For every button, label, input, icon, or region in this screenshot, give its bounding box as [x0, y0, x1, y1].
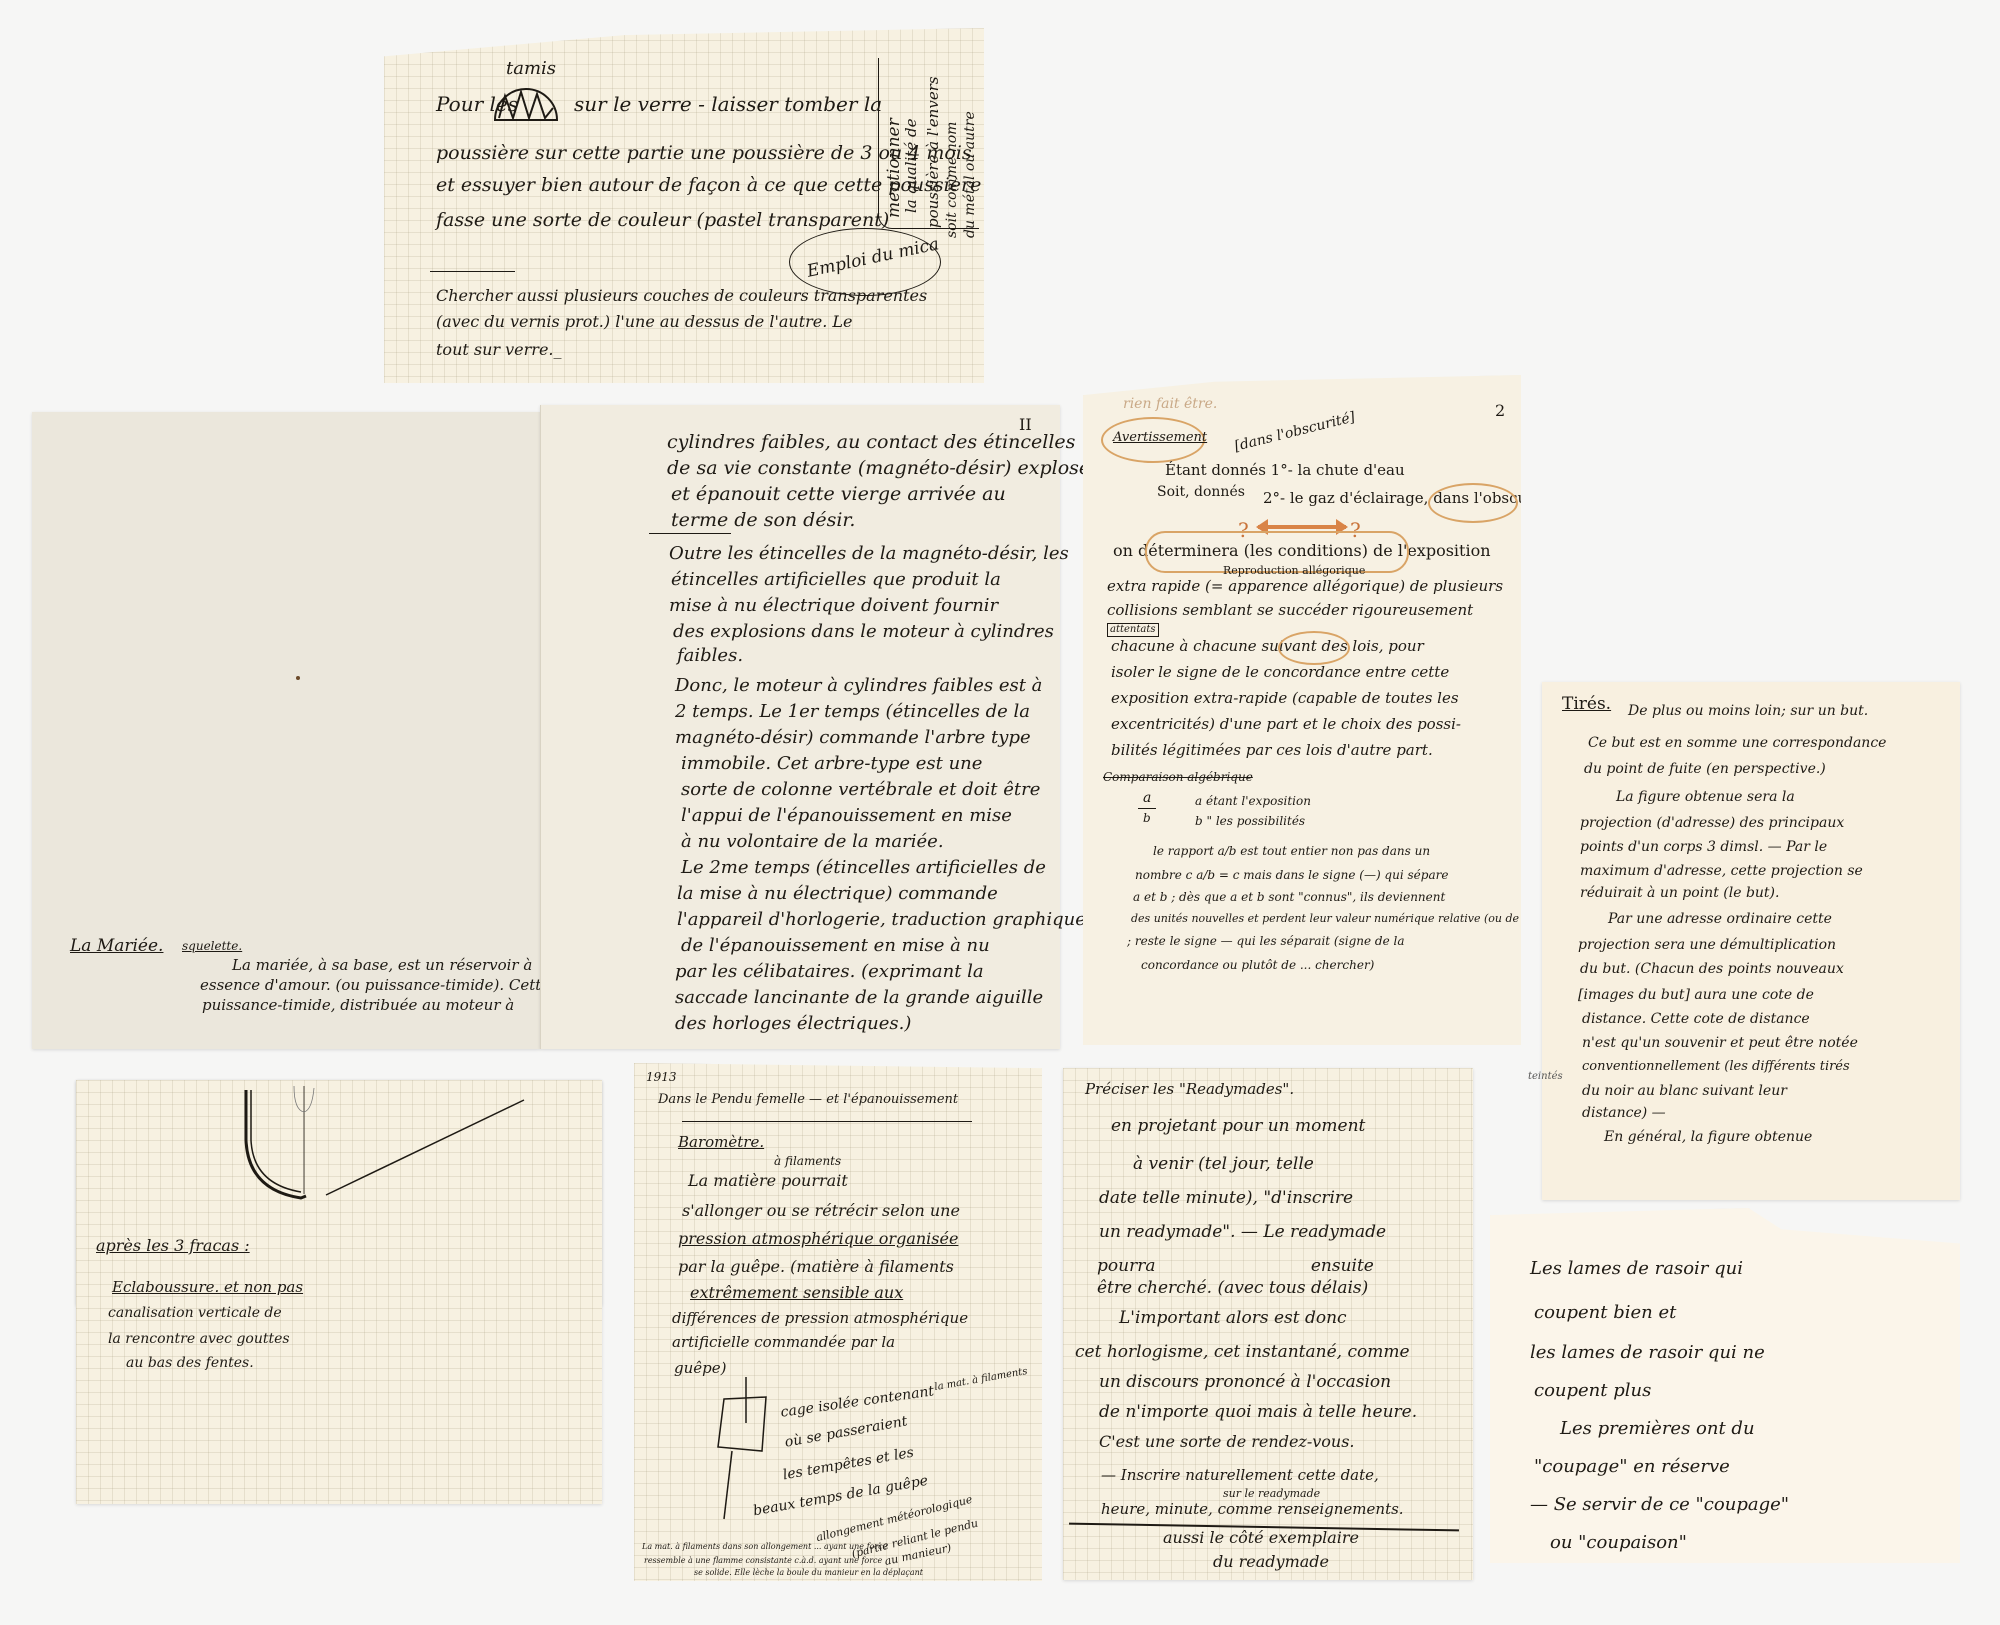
note-text: des unités nouvelles et perdent leur val…	[1131, 913, 1559, 924]
note-text: par les célibataires. (exprimant la	[675, 963, 984, 981]
note-text: collisions semblant se succéder rigoureu…	[1107, 603, 1473, 618]
note-text: ressemble à une flamme consistante c.à.d…	[644, 1557, 882, 1565]
note-text: b " les possibilités	[1195, 815, 1305, 827]
note-text: maximum d'adresse, cette projection se	[1580, 864, 1863, 878]
note-text: de n'importe quoi mais à telle heure.	[1099, 1404, 1417, 1421]
note-text: La mat. à filaments dans son allongement…	[642, 1543, 887, 1551]
note-text: distance. Cette cote de distance	[1582, 1012, 1810, 1026]
note-text: l'appareil d'horlogerie, traduction grap…	[677, 911, 1086, 929]
note-text: coupent plus	[1534, 1382, 1651, 1400]
note-text: canalisation verticale de	[108, 1306, 282, 1320]
note-text: immobile. Cet arbre-type est une	[681, 755, 982, 773]
note-margin: teintés	[1528, 1072, 1563, 1082]
note-text: des explosions dans le moteur à cylindre…	[673, 623, 1054, 641]
pipe-sketch-icon	[216, 1080, 596, 1210]
note-text: en projetant pour un moment	[1111, 1118, 1365, 1135]
note-text: [dans l'obscurité]	[1233, 410, 1356, 454]
note-text: La matière pourrait	[688, 1173, 848, 1189]
stain-dot	[296, 676, 300, 680]
circle-mark	[1278, 631, 1350, 665]
note-text: concordance ou plutôt de ... chercher)	[1141, 959, 1374, 971]
note-title: Tirés.	[1562, 696, 1611, 713]
note-text: pression atmosphérique organisée	[678, 1231, 958, 1247]
note-text: se solide. Elle lèche la boule du manieu…	[694, 1569, 923, 1577]
note-text: de l'épanouissement en mise à nu	[681, 937, 990, 955]
note-text: des horloges électriques.)	[675, 1015, 911, 1033]
divider	[649, 533, 731, 534]
note-text: tout sur verre._	[436, 342, 562, 358]
note-text: à filaments	[774, 1155, 841, 1167]
note-text: terme de son désir.	[671, 511, 855, 530]
note-text: la rencontre avec gouttes	[108, 1332, 290, 1346]
page-title: La Mariée.	[70, 938, 163, 955]
note-text: réduirait à un point (le but).	[1580, 886, 1779, 900]
pencil-text: rien fait être.	[1123, 397, 1217, 411]
note-margin: poussière à l'envers	[924, 76, 942, 228]
page-number: 2	[1495, 403, 1505, 419]
note-margin: soit comme nom	[944, 122, 960, 238]
note-text: Les premières ont du	[1560, 1420, 1755, 1438]
note-text: distance) —	[1582, 1106, 1666, 1120]
note-sketch-sheet: après les 3 fracas : Eclaboussure. et no…	[76, 1080, 602, 1504]
note-text: du readymade	[1213, 1554, 1329, 1570]
note-text: La figure obtenue sera la	[1616, 790, 1795, 804]
note-text: aussi le côté exemplaire	[1163, 1530, 1359, 1546]
note-avertissement: rien fait être. 2 Avertissement [dans l'…	[1083, 375, 1521, 1045]
note-text: Dans le Pendu femelle — et l'épanouissem…	[658, 1093, 958, 1106]
note-text: magnéto-désir) commande l'arbre type	[675, 729, 1031, 747]
note-readymades: Préciser les "Readymades". en projetant …	[1063, 1068, 1473, 1580]
note-text: points d'un corps 3 dimsl. — Par le	[1580, 840, 1827, 854]
note-text: "coupage" en réserve	[1534, 1458, 1730, 1476]
note-text: un readymade". — Le readymade	[1099, 1224, 1386, 1241]
note-text: cage isolée contenant	[780, 1384, 935, 1419]
divider	[430, 271, 515, 272]
note-text: Comparaison algébrique	[1103, 771, 1253, 783]
note-text: nombre c a/b = c mais dans le signe (—) …	[1135, 869, 1448, 881]
note-text: sur le readymade	[1223, 1488, 1320, 1499]
note-text: date telle minute), "d'inscrire	[1099, 1190, 1353, 1207]
note-text: a et b ; dès que a et b sont "connus", i…	[1133, 891, 1445, 903]
note-text: fasse une sorte de couleur (pastel trans…	[436, 211, 889, 230]
note-title: Avertissement	[1113, 431, 1207, 444]
fraction-den: b	[1143, 812, 1151, 824]
note-text: — Se servir de ce "coupage"	[1530, 1496, 1789, 1514]
note-text: à venir (tel jour, telle	[1133, 1156, 1314, 1173]
note-text: la mise à nu électrique) commande	[677, 885, 998, 903]
fraction-bar	[1138, 808, 1156, 809]
note-text: De plus ou moins loin; sur un but.	[1628, 704, 1868, 718]
note-text: et épanouit cette vierge arrivée au	[671, 485, 1006, 504]
note-text: tamis	[506, 60, 556, 78]
note-text: n'est qu'un souvenir et peut être notée	[1582, 1036, 1858, 1050]
note-text: a étant l'exposition	[1195, 795, 1311, 807]
note-text: ou "coupaison"	[1550, 1534, 1687, 1552]
note-text: pourra ensuite	[1097, 1258, 1374, 1275]
note-text: s'allonger ou se rétrécir selon une	[682, 1203, 960, 1219]
note-text: de sa vie constante (magnéto-désir) expl…	[667, 459, 1090, 478]
note-text: Le 2me temps (étincelles artificielles d…	[681, 859, 1046, 877]
note-text: Étant donnés 1°- la chute d'eau	[1165, 463, 1405, 478]
note-margin: mentionner	[884, 118, 904, 218]
note-text: ; reste le signe — qui les séparait (sig…	[1127, 935, 1405, 947]
note-text: Soit, donnés	[1157, 485, 1245, 499]
note-text: sur le verre - laisser tomber la	[574, 94, 882, 114]
note-text: par la guêpe. (matière à filaments	[678, 1259, 954, 1275]
note-text: C'est une sorte de rendez-vous.	[1099, 1434, 1355, 1450]
note-text: Donc, le moteur à cylindres faibles est …	[675, 677, 1042, 695]
note-text: Eclaboussure. et non pas	[112, 1280, 303, 1295]
note-margin: la qualité de	[902, 119, 920, 213]
fraction-num: a	[1143, 791, 1151, 805]
folder-right-page: II cylindres faibles, au contact des éti…	[540, 405, 1060, 1049]
note-text: Reproduction allégorique	[1223, 565, 1365, 576]
circle-mark	[1428, 483, 1518, 523]
note-text: du noir au blanc suivant leur	[1582, 1084, 1787, 1098]
note-text: excentricités) d'une part et le choix de…	[1111, 717, 1461, 732]
note-text: extra rapide (= apparence allégorique) d…	[1107, 579, 1503, 594]
note-text: Chercher aussi plusieurs couches de coul…	[436, 288, 927, 304]
note-text: différences de pression atmosphérique	[672, 1311, 968, 1326]
note-text: squelette.	[182, 940, 242, 952]
folder-left-page: La Mariée. squelette. La mariée, à sa ba…	[32, 412, 540, 1049]
note-text: artificielle commandée par la	[672, 1335, 895, 1350]
note-text: bilités légitimées par ces lois d'autre …	[1111, 743, 1433, 758]
note-text: [images du but] aura une cote de	[1578, 988, 1814, 1002]
note-text: isoler le signe de le concordance entre …	[1111, 665, 1449, 680]
note-text: saccade lancinante de la grande aiguille	[675, 989, 1043, 1007]
note-razor: Les lames de rasoir qui coupent bien et …	[1490, 1208, 1960, 1563]
note-text: En général, la figure obtenue	[1604, 1130, 1812, 1144]
sieve-sketch-icon	[491, 82, 561, 122]
note-title: Baromètre.	[678, 1135, 764, 1150]
note-barometre: 1913 Dans le Pendu femelle — et l'épanou…	[634, 1063, 1042, 1581]
note-text: conventionnellement (les différents tiré…	[1582, 1060, 1850, 1073]
note-title: Préciser les "Readymades".	[1085, 1082, 1294, 1097]
note-text: Par une adresse ordinaire cette	[1608, 912, 1832, 926]
note-text: Outre les étincelles de la magnéto-désir…	[669, 545, 1069, 563]
note-text: cet horlogisme, cet instantané, comme	[1075, 1344, 1410, 1361]
note-text: du but. (Chacun des points nouveaux	[1580, 962, 1844, 976]
note-text: essence d'amour. (ou puissance-timide). …	[200, 978, 550, 993]
note-text: heure, minute, comme renseignements.	[1101, 1502, 1404, 1517]
note-text: au bas des fentes.	[126, 1356, 254, 1370]
boxed-word: attentats	[1107, 623, 1159, 637]
note-text: étincelles artificielles que produit la	[671, 571, 1001, 589]
note-text: 2 temps. Le 1er temps (étincelles de la	[675, 703, 1030, 721]
note-text: le rapport a/b est tout entier non pas d…	[1153, 845, 1430, 857]
note-tires: Tirés. De plus ou moins loin; sur un but…	[1542, 682, 1960, 1200]
year-label: 1913	[646, 1071, 677, 1083]
note-text: (avec du vernis prot.) l'une au dessus d…	[436, 314, 853, 330]
note-text: à nu volontaire de la mariée.	[681, 833, 944, 851]
divider	[682, 1121, 972, 1122]
note-text: les lames de rasoir qui ne	[1530, 1344, 1765, 1362]
note-text: un discours prononcé à l'occasion	[1099, 1374, 1391, 1391]
note-text: cylindres faibles, au contact des étince…	[667, 433, 1075, 452]
note-text: projection (d'adresse) des principaux	[1580, 816, 1844, 830]
note-text: mise à nu électrique doivent fournir	[669, 597, 998, 615]
note-text: l'appui de l'épanouissement en mise	[681, 807, 1012, 825]
note-text: du point de fuite (en perspective.)	[1584, 762, 1826, 776]
note-text: sorte de colonne vertébrale et doit être	[681, 781, 1040, 799]
note-text: L'important alors est donc	[1119, 1310, 1347, 1327]
note-title: après les 3 fracas :	[96, 1238, 250, 1254]
note-text: exposition extra-rapide (capable de tout…	[1111, 691, 1459, 706]
note-margin: du métal ou autre	[962, 111, 978, 238]
note-text: faibles.	[677, 647, 743, 665]
note-text: Les lames de rasoir qui	[1530, 1260, 1743, 1278]
note-text: où se passeraient	[784, 1414, 909, 1449]
note-text: chacune à chacune suivant des lois, pour	[1111, 639, 1424, 654]
note-glass-dust: tamis Pour les sur le verre - laisser to…	[384, 28, 984, 383]
note-text: — Inscrire naturellement cette date,	[1101, 1468, 1379, 1483]
note-text: être cherché. (avec tous délais)	[1097, 1280, 1368, 1297]
note-text: la mat. à filaments	[934, 1367, 1028, 1393]
note-text: projection sera une démultiplication	[1578, 938, 1836, 952]
note-text: extrêmement sensible aux	[690, 1285, 903, 1301]
note-text: Ce but est en somme une correspondance	[1588, 736, 1886, 750]
note-text: les tempêtes et les	[782, 1446, 915, 1483]
note-text: La mariée, à sa base, est un réservoir à	[232, 958, 532, 973]
note-text: coupent bien et	[1534, 1304, 1676, 1322]
note-text: puissance-timide, distribuée au moteur à	[202, 998, 514, 1013]
